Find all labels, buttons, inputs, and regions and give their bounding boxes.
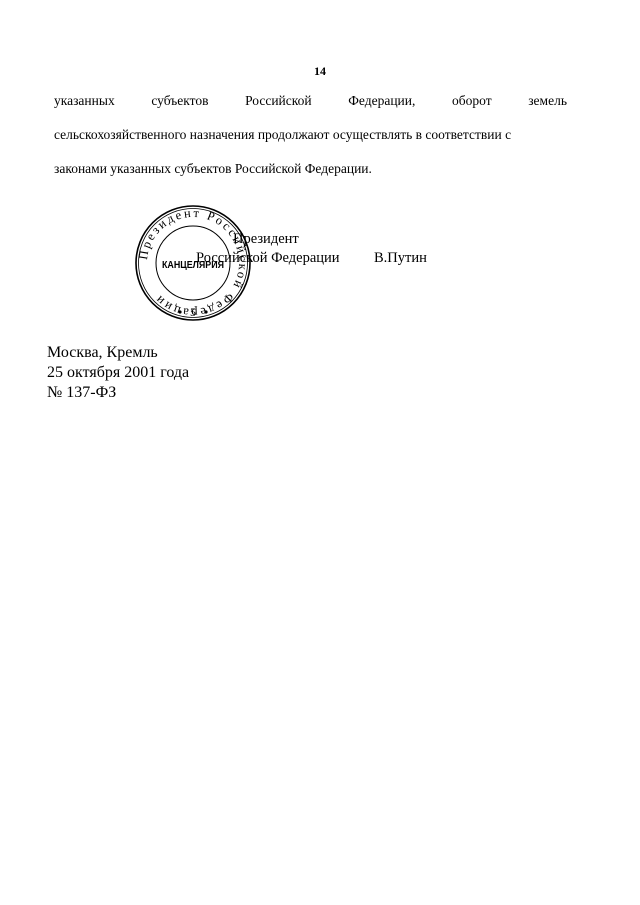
word: указанных: [54, 84, 115, 118]
stamp-number: 5: [190, 305, 196, 319]
word: земель: [528, 84, 567, 118]
signature-title-line1: Президент: [233, 231, 299, 248]
word: Российской: [245, 84, 312, 118]
signing-date: 25 октября 2001 года: [47, 363, 189, 383]
body-line-3: законами указанных субъектов Российской …: [54, 152, 567, 186]
signing-details: Москва, Кремль 25 октября 2001 года № 13…: [47, 343, 189, 403]
signature-name: В.Путин: [374, 250, 427, 267]
signing-place: Москва, Кремль: [47, 343, 189, 363]
signature-title-line2: Российской Федерации: [196, 250, 340, 267]
body-line-1: указанных субъектов Российской Федерации…: [54, 84, 567, 118]
body-line-2: сельскохозяйственного назначения продолж…: [54, 118, 567, 152]
word: субъектов: [151, 84, 208, 118]
body-paragraph: указанных субъектов Российской Федерации…: [54, 84, 567, 186]
law-number: № 137-ФЗ: [47, 383, 189, 403]
word: Федерации,: [348, 84, 415, 118]
page-number: 14: [0, 64, 640, 79]
word: оборот: [452, 84, 492, 118]
